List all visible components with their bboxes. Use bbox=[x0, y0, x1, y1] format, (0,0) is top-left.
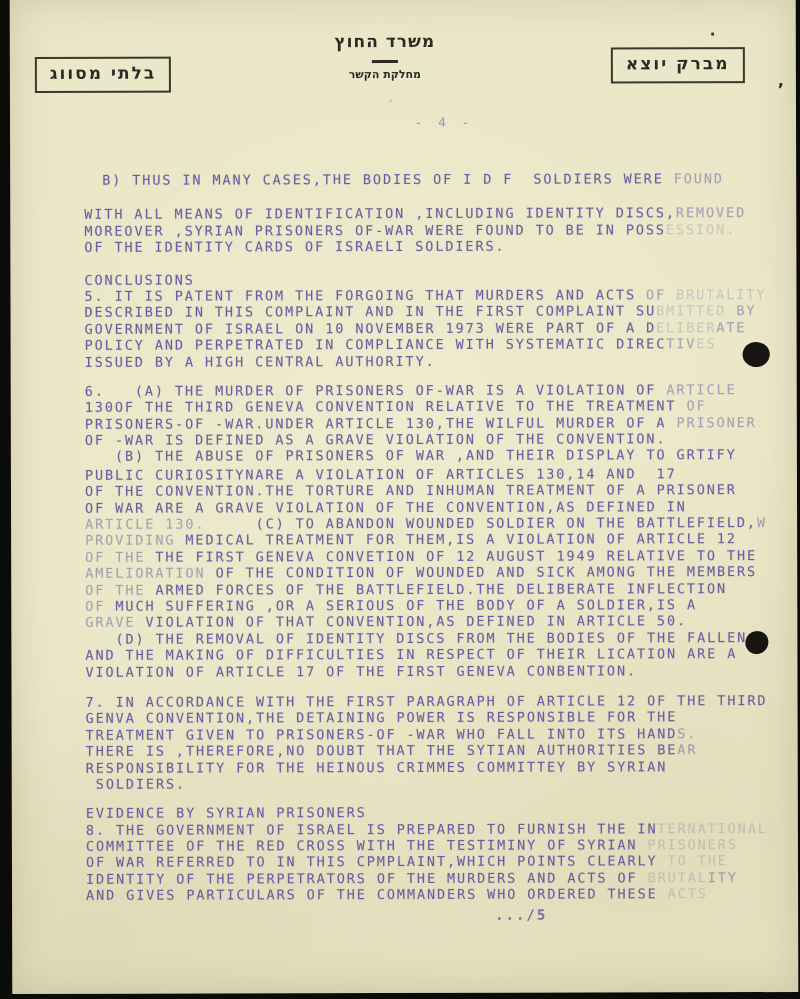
text-segment: SOLDIERS. bbox=[86, 776, 186, 792]
text-segment: ESSION. bbox=[666, 222, 736, 238]
document-line: PUBLIC CURIOSITYNARE A VIOLATION OF ARTI… bbox=[85, 466, 797, 484]
text-segment: BRUTAL bbox=[648, 870, 708, 886]
text-segment: 6. (A) THE MURDER OF PRISONERS OF-WAR IS… bbox=[85, 382, 667, 400]
classification-stamp-unclassified: בלתי מסווג bbox=[35, 57, 171, 93]
document-line: 5. IT IS PATENT FROM THE FORGOING THAT M… bbox=[84, 287, 796, 305]
document-line: (D) THE REMOVAL OF IDENTITY DISCS FROM T… bbox=[85, 630, 797, 648]
text-segment: POLICY AND PERPETRATED IN COMPLIANCE WIT… bbox=[85, 336, 667, 354]
document-line: PROVIDING MEDICAL TREATMENT FOR THEM,IS … bbox=[85, 531, 797, 549]
document-line: AMELIORATION OF THE CONDITION OF WOUNDED… bbox=[85, 564, 797, 582]
text-segment: ARMED FORCES OF THE BATTLEFIELD.THE DELI… bbox=[145, 581, 727, 599]
ministry-title: משרד החוץ bbox=[290, 32, 480, 52]
document-line: 130OF THE THIRD GENEVA CONVENTION RELATI… bbox=[85, 398, 797, 416]
text-segment: VIOLATION OF ARTICLE 17 OF THE FIRST GEN… bbox=[85, 663, 637, 680]
text-segment: GENVA CONVENTION,THE DETAINING POWER IS … bbox=[86, 710, 678, 728]
text-segment: EVIDENCE BY SYRIAN PRISONERS bbox=[86, 805, 367, 822]
document-line: POLICY AND PERPETRATED IN COMPLIANCE WIT… bbox=[85, 336, 797, 354]
text-segment: AMELIORATION bbox=[85, 566, 205, 582]
text-segment: TERNATIONAL bbox=[657, 821, 767, 837]
document-line: DESCRIBED IN THIS COMPLAINT AND IN THE F… bbox=[85, 303, 797, 321]
text-segment: 5. IT IS PATENT FROM THE FORGOING THAT M… bbox=[84, 287, 646, 304]
text-segment: GRAVE bbox=[85, 615, 135, 631]
text-segment: AND GIVES PARTICULARS OF THE COMMANDERS … bbox=[86, 887, 658, 904]
text-segment: DESCRIBED IN THIS COMPLAINT AND IN THE F… bbox=[85, 304, 657, 321]
text-segment: 130OF THE THIRD GENEVA CONVENTION RELATI… bbox=[85, 399, 687, 417]
text-segment: OF THE CONVENTION.THE TORTURE AND INHUMA… bbox=[85, 482, 737, 500]
text-segment: (D) THE REMOVAL OF IDENTITY DISCS FROM T… bbox=[85, 630, 747, 648]
text-segment: PRISONERS-OF -WAR.UNDER ARTICLE 130,THE … bbox=[85, 415, 677, 433]
text-segment: ARTICLE 130. bbox=[85, 517, 205, 533]
text-segment: PUBLIC CURIOSITYNARE A VIOLATION OF ARTI… bbox=[85, 466, 677, 484]
text-segment: AR bbox=[677, 742, 697, 758]
document-line: IDENTITY OF THE PERPETRATORS OF THE MURD… bbox=[86, 870, 798, 888]
document-line: SOLDIERS. bbox=[86, 775, 798, 793]
text-segment: 8. THE GOVERNMENT OF ISRAEL IS PREPARED … bbox=[86, 821, 658, 838]
document-line: OF WAR REFERRED TO IN THIS CPMPLAINT,WHI… bbox=[86, 853, 798, 871]
document-line: 8. THE GOVERNMENT OF ISRAEL IS PREPARED … bbox=[86, 821, 798, 839]
document-line: OF THE THE FIRST GENEVA CONVETION OF 12 … bbox=[85, 548, 797, 566]
document-line: OF -WAR IS DEFINED AS A GRAVE VIOLATION … bbox=[85, 431, 797, 449]
document-line: AND THE MAKING OF DIFFICULTIES IN RESPEC… bbox=[85, 646, 797, 664]
text-segment: 7. IN ACCORDANCE WITH THE FIRST PARAGRAP… bbox=[86, 693, 768, 711]
document-line: THERE IS ,THEREFORE,NO DOUBT THAT THE SY… bbox=[86, 742, 798, 760]
document-line: PRISONERS-OF -WAR.UNDER ARTICLE 130,THE … bbox=[85, 415, 797, 433]
document-line: OF MUCH SUFFERING ,OR A SERIOUS OF THE B… bbox=[85, 597, 797, 615]
document-line: GENVA CONVENTION,THE DETAINING POWER IS … bbox=[86, 709, 798, 727]
typewritten-body-text: B) THUS IN MANY CASES,THE BODIES OF I D … bbox=[84, 171, 798, 904]
document-line: WITH ALL MEANS OF IDENTIFICATION ,INCLUD… bbox=[84, 205, 796, 223]
title-underline-rule bbox=[372, 60, 398, 63]
department-subtitle: מחלקת הקשר bbox=[290, 68, 480, 81]
document-line: GOVERNMENT OF ISRAEL ON 10 NOVEMBER 1973… bbox=[85, 320, 797, 338]
document-line: EVIDENCE BY SYRIAN PRISONERS bbox=[86, 804, 798, 822]
text-segment: TREATMENT GIVEN TO PRISONERS-OF -WAR WHO… bbox=[86, 726, 678, 744]
text-segment: S. bbox=[677, 726, 697, 742]
text-segment: ATE bbox=[716, 320, 746, 336]
text-segment: (B) THE ABUSE OF PRISONERS OF WAR ,AND T… bbox=[85, 448, 737, 466]
text-segment: (C) TO ABANDON WOUNDED SOLDIER ON THE BA… bbox=[205, 515, 757, 532]
document-line: ARTICLE 130. (C) TO ABANDON WOUNDED SOLD… bbox=[85, 515, 797, 533]
document-line: TREATMENT GIVEN TO PRISONERS-OF -WAR WHO… bbox=[86, 726, 798, 744]
text-segment: GOVERNMENT OF ISRAEL ON 10 NOVEMBER 1973… bbox=[85, 320, 657, 337]
text-segment: OF THE CONDITION OF WOUNDED AND SICK AMO… bbox=[206, 564, 758, 581]
telegram-type-stamp-outgoing: מברק יוצא bbox=[611, 47, 745, 83]
text-segment: COMMITTEE OF THE RED CROSS WITH THE TEST… bbox=[86, 837, 648, 854]
text-segment: TO THE bbox=[668, 854, 728, 870]
document-line: OF WAR ARE A GRAVE VIOLATION OF THE CONV… bbox=[85, 499, 797, 517]
text-segment: BY bbox=[736, 303, 756, 319]
document-line: OF THE IDENTITY CARDS OF ISRAELI SOLDIER… bbox=[84, 238, 796, 256]
text-segment: OF THE bbox=[85, 582, 145, 598]
document-line: GRAVE VIOLATION OF THAT CONVENTION,AS DE… bbox=[85, 613, 797, 631]
text-segment: ARTICLE bbox=[666, 382, 736, 398]
document-line: MOREOVER ,SYRIAN PRISONERS OF-WAR WERE F… bbox=[84, 222, 796, 240]
text-segment: MOREOVER ,SYRIAN PRISONERS OF-WAR WERE F… bbox=[84, 222, 666, 240]
text-segment: FOUND bbox=[674, 171, 724, 187]
text-segment: OF THE IDENTITY CARDS OF ISRAELI SOLDIER… bbox=[84, 239, 505, 256]
text-segment: ES bbox=[696, 336, 716, 352]
document-line: 7. IN ACCORDANCE WITH THE FIRST PARAGRAP… bbox=[86, 693, 798, 711]
document-line: (B) THE ABUSE OF PRISONERS OF WAR ,AND T… bbox=[85, 447, 797, 465]
text-segment: TIV bbox=[666, 336, 696, 352]
text-segment: BMITTED bbox=[656, 303, 736, 319]
text-segment: PRISONER bbox=[676, 415, 756, 431]
continuation-marker: .../5 bbox=[495, 908, 547, 924]
text-segment: THERE IS ,THEREFORE,NO DOUBT THAT THE SY… bbox=[86, 742, 678, 760]
text-segment: PRISONERS bbox=[647, 837, 737, 853]
text-segment: OF WAR REFERRED TO IN THIS CPMPLAINT,WHI… bbox=[86, 854, 668, 872]
text-segment: MUCH SUFFERING ,OR A SERIOUS OF THE BODY… bbox=[105, 597, 697, 615]
document-line: CONCLUSIONS bbox=[84, 271, 796, 289]
text-segment: MEDICAL TREATMENT FOR THEM,IS A VIOLATIO… bbox=[175, 532, 737, 549]
text-segment: BRUTALITY bbox=[676, 287, 766, 303]
document-line: ISSUED BY A HIGH CENTRAL AUTHORITY. bbox=[85, 352, 797, 370]
text-segment: ITY bbox=[708, 870, 738, 886]
document-line: B) THUS IN MANY CASES,THE BODIES OF I D … bbox=[84, 171, 796, 189]
page-number: - 4 - bbox=[399, 116, 489, 131]
text-segment: OF bbox=[85, 599, 105, 615]
document-line: OF THE ARMED FORCES OF THE BATTLEFIELD.T… bbox=[85, 581, 797, 599]
text-segment: OF bbox=[646, 287, 676, 303]
text-segment: WITH ALL MEANS OF IDENTIFICATION ,INCLUD… bbox=[84, 206, 676, 224]
text-segment: THE FIRST GENEVA CONVETION OF 12 AUGUST … bbox=[145, 548, 757, 566]
text-segment: OF bbox=[686, 399, 706, 415]
scanned-document-page: משרד החוץ מחלקת הקשר בלתי מסווג מברק יוצ… bbox=[10, 0, 799, 994]
stray-dot-mark: · bbox=[710, 25, 716, 43]
text-segment: IDENTITY OF THE PERPETRATORS OF THE MURD… bbox=[86, 870, 648, 887]
text-segment: ACTS bbox=[658, 886, 708, 902]
document-line: RESPONSIBILITY FOR THE HEINOUS CRIMMES C… bbox=[86, 758, 798, 776]
text-segment: AND THE MAKING OF DIFFICULTIES IN RESPEC… bbox=[85, 646, 737, 664]
text-segment: W bbox=[757, 515, 767, 531]
text-segment: B) THUS IN MANY CASES,THE BODIES OF I D … bbox=[102, 171, 674, 188]
text-segment: PROVIDING bbox=[85, 533, 175, 549]
document-line: 6. (A) THE MURDER OF PRISONERS OF-WAR IS… bbox=[85, 382, 797, 400]
text-segment: VIOLATION OF THAT CONVENTION,AS DEFINED … bbox=[135, 614, 687, 631]
document-line: OF THE CONVENTION.THE TORTURE AND INHUMA… bbox=[85, 482, 797, 500]
text-segment: REMOVED bbox=[676, 205, 746, 221]
text-segment: ISSUED BY A HIGH CENTRAL AUTHORITY. bbox=[85, 353, 436, 370]
text-segment: RESPONSIBILITY FOR THE HEINOUS CRIMMES C… bbox=[86, 759, 668, 777]
stray-comma-mark: , bbox=[778, 71, 784, 90]
stray-apostrophe-mark: ׳ bbox=[388, 96, 393, 111]
document-line: VIOLATION OF ARTICLE 17 OF THE FIRST GEN… bbox=[85, 663, 797, 681]
text-segment: OF -WAR IS DEFINED AS A GRAVE VIOLATION … bbox=[85, 431, 667, 449]
text-segment: OF THE bbox=[85, 549, 145, 565]
document-line: AND GIVES PARTICULARS OF THE COMMANDERS … bbox=[86, 886, 798, 904]
document-line: COMMITTEE OF THE RED CROSS WITH THE TEST… bbox=[86, 837, 798, 855]
text-segment: ELIBER bbox=[656, 320, 716, 336]
text-segment: CONCLUSIONS bbox=[84, 272, 194, 288]
text-segment: OF WAR ARE A GRAVE VIOLATION OF THE CONV… bbox=[85, 499, 687, 517]
